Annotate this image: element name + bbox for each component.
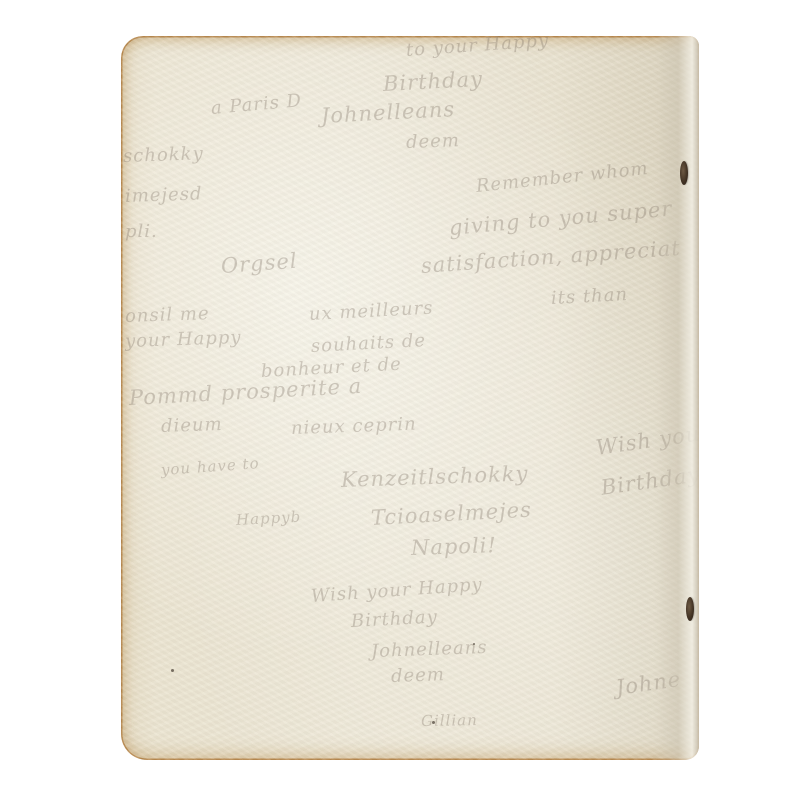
handwriting-line: Wish your Happy xyxy=(310,574,483,607)
handwriting-line: Birthday xyxy=(599,462,699,500)
handwriting-line: Remember whom xyxy=(475,158,650,197)
handwriting-line: you have to xyxy=(160,454,260,479)
handwriting-line: Johne xyxy=(614,667,682,700)
handwriting-line: Tcioaselmejes xyxy=(370,498,532,530)
snap-stud-top xyxy=(680,161,688,185)
handwriting-line: Happyb xyxy=(236,508,302,529)
handwriting-line: Wish your xyxy=(594,420,699,460)
handwriting-line: deem xyxy=(406,130,461,153)
handwriting-line: onsil me xyxy=(125,303,210,327)
handwriting-line: imejesd xyxy=(125,183,203,207)
handwriting-line: its than xyxy=(550,284,628,309)
handwriting-line: souhaits de xyxy=(310,330,426,357)
handwriting-line: Birthday xyxy=(382,67,483,96)
photo-stage: to your Happy Birthday a Paris D Johnell… xyxy=(0,0,800,800)
handwriting-line: Johnelleans xyxy=(371,637,488,662)
speck-mark xyxy=(171,669,174,672)
handwriting-line: your Happy xyxy=(125,327,242,352)
handwriting-line: deem xyxy=(391,664,446,687)
handwriting-line: Napoli! xyxy=(411,533,498,560)
handwriting-line: Pommd prosperite a xyxy=(128,374,362,410)
journal-back-cover: to your Happy Birthday a Paris D Johnell… xyxy=(121,36,699,760)
handwriting-line: Gillian xyxy=(421,711,478,730)
handwriting-line: Orgsel xyxy=(220,249,298,278)
handwriting-line: pli. xyxy=(125,221,158,242)
handwriting-line: schokky xyxy=(123,143,204,167)
handwriting-line: nieux ceprin xyxy=(291,414,417,439)
handwriting-line: Kenzeitlschokky xyxy=(341,461,529,492)
handwriting-line: Birthday xyxy=(350,606,438,632)
handwriting-line: dieum xyxy=(161,414,223,437)
handwriting-line: Johnelleans xyxy=(320,97,455,128)
snap-stud-bottom xyxy=(686,597,694,621)
speck-mark xyxy=(432,721,435,724)
handwriting-line: ux meilleurs xyxy=(308,297,433,324)
handwriting-line: satisfaction, appreciat xyxy=(420,236,681,278)
handwriting-line: to your Happy xyxy=(405,36,549,61)
handwriting-line: a Paris D xyxy=(210,90,303,119)
handwriting-line: giving to you super xyxy=(448,197,673,240)
speck-mark xyxy=(473,643,475,645)
